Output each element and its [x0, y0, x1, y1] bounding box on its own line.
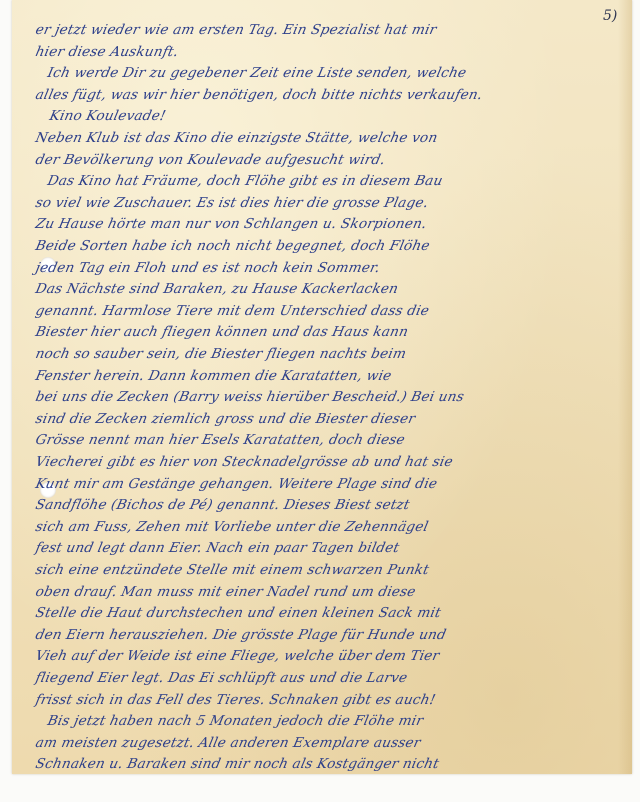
- text-line: Neben Klub ist das Kino die einzigste St…: [34, 130, 439, 146]
- text-line: frisst sich in das Fell des Tieres. Schn…: [34, 692, 437, 708]
- text-line: er jetzt wieder wie am ersten Tag. Ein S…: [34, 22, 438, 38]
- text-line: genannt. Harmlose Tiere mit dem Untersch…: [34, 303, 431, 319]
- text-line: Ich werde Dir zu gegebener Zeit eine Lis…: [46, 65, 468, 81]
- text-line: Das Nächste sind Baraken, zu Hause Kacke…: [34, 281, 400, 297]
- text-line: jeden Tag ein Floh und es ist noch kein …: [34, 260, 381, 276]
- text-line: den Eiern herausziehen. Die grösste Plag…: [34, 627, 448, 643]
- text-line: Grösse nennt man hier Esels Karatatten, …: [34, 432, 406, 448]
- page-number: 5): [603, 8, 617, 24]
- text-line: am meisten zugesetzt. Alle anderen Exemp…: [34, 735, 422, 751]
- text-line: Bis jetzt haben nach 5 Monaten jedoch di…: [46, 713, 425, 729]
- text-line: Viecherei gibt es hier von Stecknadelgrö…: [34, 454, 454, 470]
- text-line: Schnaken u. Baraken sind mir noch als Ko…: [34, 756, 441, 772]
- text-line: Beide Sorten habe ich noch nicht begegne…: [34, 238, 431, 254]
- text-line: Das Kino hat Fräume, doch Flöhe gibt es …: [46, 173, 444, 189]
- text-line: so viel wie Zuschauer. Es ist dies hier …: [34, 195, 430, 211]
- text-line: Fenster herein. Dann kommen die Karatatt…: [34, 368, 393, 384]
- text-line: bei uns die Zecken (Barry weiss hierüber…: [34, 389, 466, 405]
- text-line: fest und legt dann Eier. Nach ein paar T…: [34, 540, 401, 556]
- text-line: Vieh auf der Weide ist eine Fliege, welc…: [34, 648, 441, 664]
- text-line: fliegend Eier legt. Das Ei schlüpft aus …: [34, 670, 409, 686]
- text-line: Kunt mir am Gestänge gehangen. Weitere P…: [34, 476, 439, 492]
- text-line: noch so sauber sein, die Biester fliegen…: [34, 346, 408, 362]
- text-line: oben drauf. Man muss mit einer Nadel run…: [34, 584, 417, 600]
- text-line: Stelle die Haut durchstechen und einen k…: [34, 605, 442, 621]
- text-line: Zu Hause hörte man nur von Schlangen u. …: [34, 216, 428, 232]
- text-line: Kino Koulevade!: [48, 108, 167, 124]
- text-line: hier diese Auskunft.: [34, 44, 180, 60]
- text-line: sind die Zecken ziemlich gross und die B…: [34, 411, 417, 427]
- text-line: sich am Fuss, Zehen mit Vorliebe unter d…: [34, 519, 430, 535]
- text-line: Biester hier auch fliegen können und das…: [34, 324, 410, 340]
- text-line: Sandflöhe (Bichos de Pé) genannt. Dieses…: [34, 497, 411, 513]
- text-line: alles fügt, was wir hier benötigen, doch…: [34, 87, 484, 103]
- text-line: der Bevölkerung von Koulevade aufgesucht…: [34, 152, 387, 168]
- text-line: sich eine entzündete Stelle mit einem sc…: [34, 562, 431, 578]
